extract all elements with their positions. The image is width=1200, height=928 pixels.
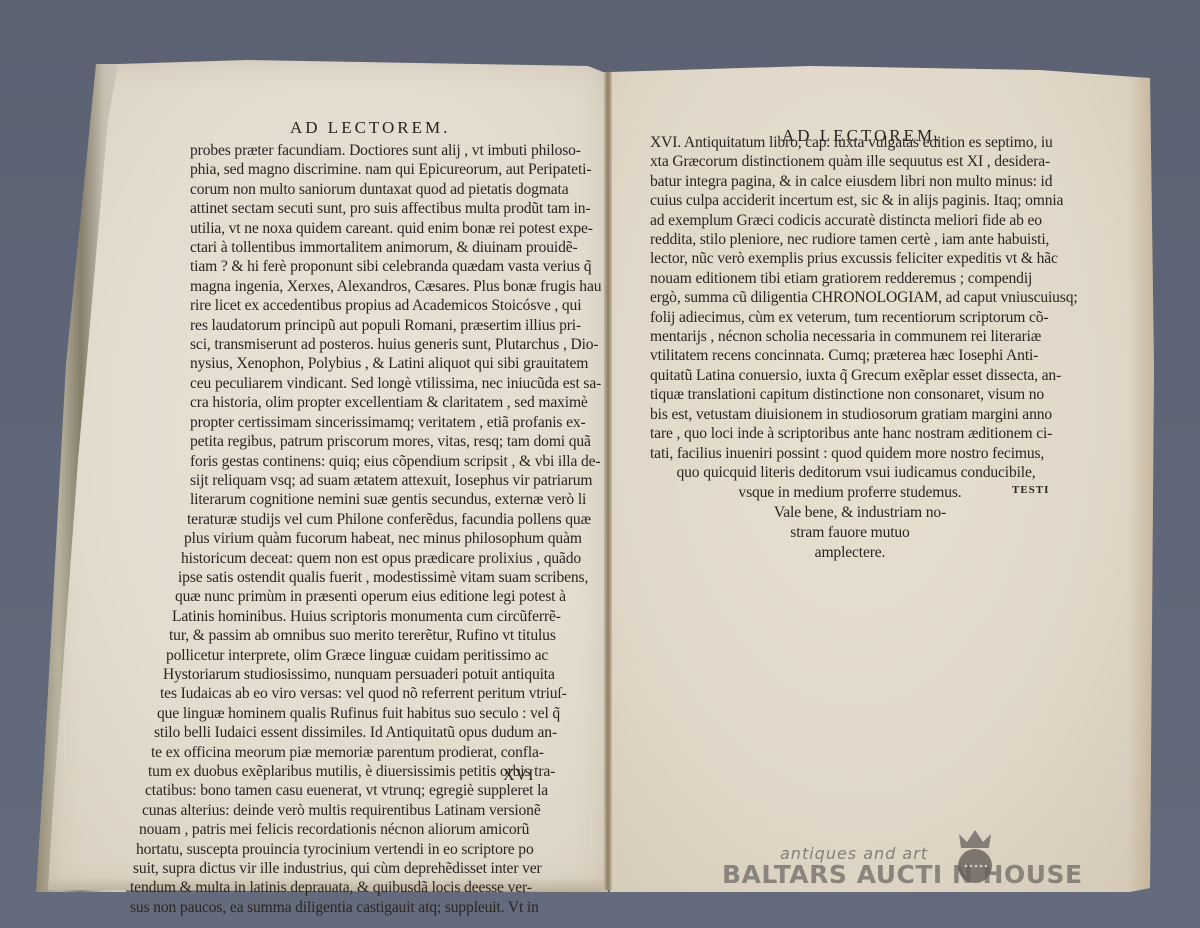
text-line: sci, transmiserunt ad posteros. huius ge… <box>190 335 562 354</box>
text-line: magna ingenia, Xerxes, Alexandros, Cæsar… <box>190 277 562 296</box>
text-line: Latinis hominibus. Huius scriptoris monu… <box>172 607 562 626</box>
text-line: tur, & passim ab omnibus suo merito tere… <box>169 626 562 645</box>
left-catchword: XVI <box>503 767 534 785</box>
text-line: quo quicquid literis deditorum vsui iudi… <box>650 463 1050 483</box>
text-line: hortatu, suscepta prouincia tyrocinium v… <box>136 840 562 859</box>
text-line: mentarijs , nécnon scholia necessaria in… <box>650 327 1050 346</box>
text-line: que linguæ hominem qualis Rufinus fuit h… <box>157 704 562 723</box>
left-page-text: probes præter facundiam. Doctiores sunt … <box>190 141 562 917</box>
text-line: literarum cognitione nemini suæ gentis s… <box>190 490 562 509</box>
text-line: nysius, Xenophon, Polybius , & Latini al… <box>190 354 562 373</box>
text-line: cunas alterius: deinde verò multis requi… <box>142 801 562 820</box>
open-book: AD LECTOREM. probes præter facundiam. Do… <box>0 0 1200 928</box>
text-line: res laudatorum principũ aut populi Roman… <box>190 316 562 335</box>
text-line: ipse satis ostendit qualis fuerit , mode… <box>178 568 562 587</box>
text-line: foris gestas continens: quiq; eius cõpen… <box>190 452 562 471</box>
text-line: Hystoriarum studiosissimo, nunquam persu… <box>163 665 562 684</box>
text-line: amplectere. <box>650 543 1050 563</box>
text-line: vtilitatem recens concinnata. Cumq; præt… <box>650 346 1050 365</box>
text-line: folij adiecimus, cùm ex veterum, tum rec… <box>650 308 1050 327</box>
text-line: nouam editionem tibi etiam gratiorem red… <box>650 269 1050 288</box>
text-line: nouam , patris mei felicis recordationis… <box>139 820 562 839</box>
text-line: sijt reliquam vsq; ad suam ætatem attexu… <box>190 471 562 490</box>
book-gutter <box>604 72 612 890</box>
left-running-head: AD LECTOREM. <box>290 118 450 138</box>
text-line: tiquæ translationi capitum distinctione … <box>650 385 1050 404</box>
text-line: sus non paucos, ea summa diligentia cast… <box>130 898 562 917</box>
text-line: historicum deceat: quem non est opus præ… <box>181 549 562 568</box>
text-line: quæ nunc primùm in præsenti operum eius … <box>175 587 562 606</box>
text-line: tendum & multa in latinis deprauata, & q… <box>130 878 562 897</box>
text-line: rire licet ex accedentibus propius ad Ac… <box>190 296 562 315</box>
text-line: probes præter facundiam. Doctiores sunt … <box>190 141 562 160</box>
text-line: Vale bene, & industriam no- <box>650 503 1050 523</box>
text-line: bis est, vetustam diuisionem in studioso… <box>650 405 1050 424</box>
text-line: ctari à tollentibus immortalitem animoru… <box>190 238 562 257</box>
text-line: tati, facilius inueniri possint : quod q… <box>650 444 1050 463</box>
text-line: batur integra pagina, & in calce eiusdem… <box>650 172 1050 191</box>
text-line: ergò, summa cũ diligentia CHRONOLOGIAM, … <box>650 288 1050 307</box>
right-catchword: TESTI <box>1012 484 1049 496</box>
text-line: phia, sed magno discrimine. nam qui Epic… <box>190 160 562 179</box>
text-line: XVI. Antiquitatum libro, cap. iuxta vulg… <box>650 133 1050 152</box>
text-line: petita regibus, patrum priscorum mores, … <box>190 432 562 451</box>
text-line: plus virium quàm fucorum habeat, nec min… <box>184 529 562 548</box>
text-line: pollicetur interprete, olim Græce linguæ… <box>166 646 562 665</box>
text-line: corum non multo saniorum duntaxat quod a… <box>190 180 562 199</box>
text-line: utilia, vt ne noxa quidem careant. quid … <box>190 219 562 238</box>
text-line: ad exemplum Græci codicis accuratè disti… <box>650 211 1050 230</box>
text-line: stilo belli Iudaici essent dissimiles. I… <box>154 723 562 742</box>
text-line: vsque in medium proferre studemus. <box>650 483 1050 503</box>
text-line: reddita, stilo pleniore, nec rudiore tam… <box>650 230 1050 249</box>
text-line: stram fauore mutuo <box>650 523 1050 543</box>
text-line: tare , quo loci inde à scriptoribus ante… <box>650 424 1050 443</box>
text-line: tum ex duobus exẽplaribus mutilis, è diu… <box>148 762 562 781</box>
text-line: cra historia, olim propter excellentiam … <box>190 393 562 412</box>
text-line: suit, supra dictus vir ille industrius, … <box>133 859 562 878</box>
text-line: lector, nũc verò exemplis prius excussis… <box>650 249 1050 268</box>
right-page-closing: quo quicquid literis deditorum vsui iudi… <box>650 463 1050 563</box>
right-page-text: XVI. Antiquitatum libro, cap. iuxta vulg… <box>650 133 1050 463</box>
text-line: tes Iudaicas ab eo viro versas: vel quod… <box>160 684 562 703</box>
text-line: attinet sectam secuti sunt, pro suis aff… <box>190 199 562 218</box>
text-line: ctatibus: bono tamen casu euenerat, vt v… <box>145 781 562 800</box>
text-line: teraturæ studijs vel cum Philone conferẽ… <box>187 510 562 529</box>
text-line: te ex officina meorum piæ memoriæ parent… <box>151 743 562 762</box>
text-line: cuius culpa acciderit incertum est, sic … <box>650 191 1050 210</box>
text-line: propter certissimam sincerissimamq; veri… <box>190 413 562 432</box>
text-line: quitatũ Latina conuersio, iuxta q̃ Grecu… <box>650 366 1050 385</box>
text-line: tiam ? & hi ferè proponunt sibi celebran… <box>190 257 562 276</box>
text-line: xta Græcorum distinctionem quàm ille seq… <box>650 152 1050 171</box>
text-line: ceu peculiarem vindicant. Sed longè vtil… <box>190 374 562 393</box>
